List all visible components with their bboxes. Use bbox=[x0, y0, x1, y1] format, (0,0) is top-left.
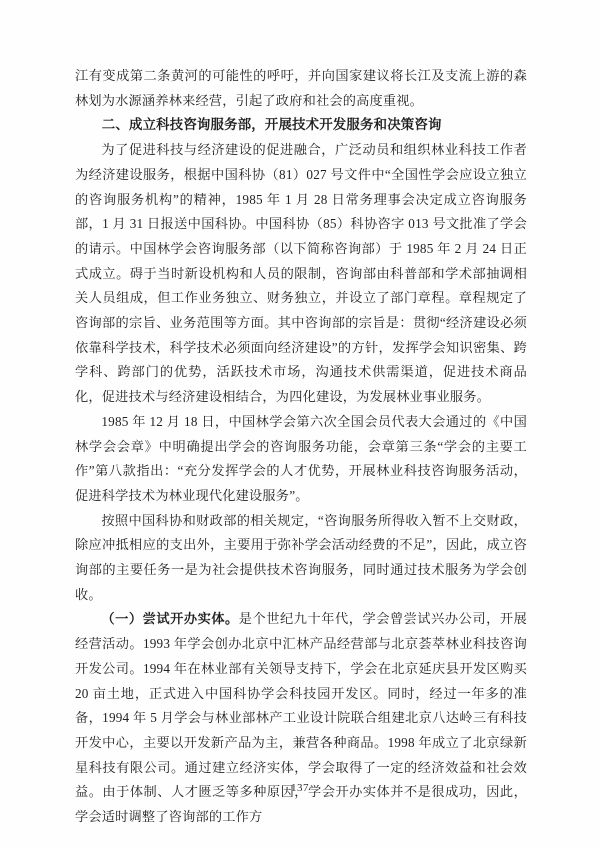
paragraph: （一）尝试开办实体。是个世纪九十年代，学会曾尝试兴办公司，开展经营活动。1993… bbox=[75, 607, 527, 829]
text-block: 江有变成第二条黄河的可能性的呼吁，并向国家建议将长江及支流上游的森林划为水源涵养… bbox=[75, 64, 527, 830]
continuation-paragraph: 江有变成第二条黄河的可能性的呼吁，并向国家建议将长江及支流上游的森林划为水源涵养… bbox=[75, 64, 527, 113]
paragraph-lead: （一）尝试开办实体。 bbox=[101, 611, 238, 626]
paragraph: 1985 年 12 月 18 日，中国林学会第六次全国会员代表大会通过的《中国林… bbox=[75, 410, 527, 509]
document-page: 江有变成第二条黄河的可能性的呼吁，并向国家建议将长江及支流上游的森林划为水源涵养… bbox=[0, 0, 600, 848]
paragraph: 为了促进科技与经济建设的促进融合，广泛动员和组织林业科技工作者为经济建设服务，根… bbox=[75, 138, 527, 410]
section-heading: 二、成立科技咨询服务部，开展技术开发服务和决策咨询 bbox=[75, 113, 527, 138]
page-number: 137 bbox=[0, 782, 600, 794]
paragraph: 按照中国科协和财政部的相关规定，“咨询服务所得收入暂不上交财政，除应冲抵相应的支… bbox=[75, 509, 527, 608]
